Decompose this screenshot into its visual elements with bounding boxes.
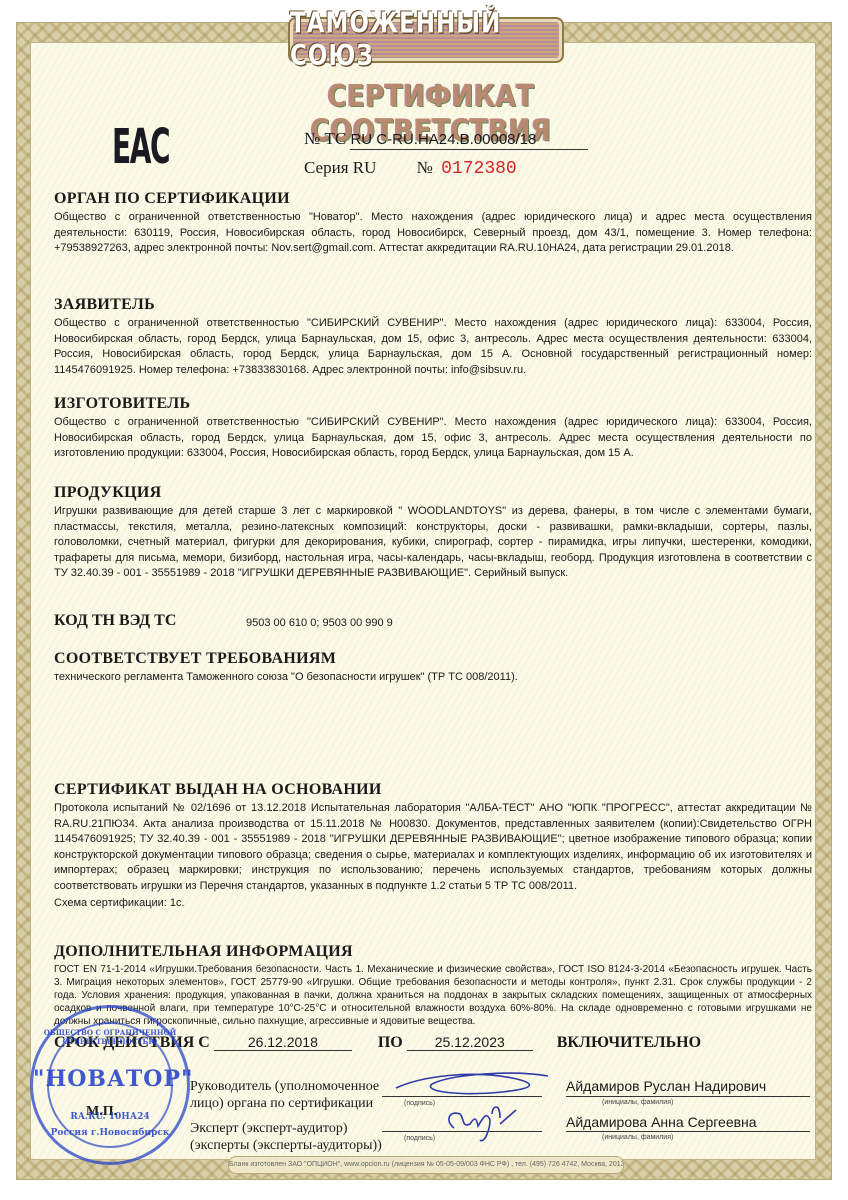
hs-code-values: 9503 00 610 0; 9503 00 990 9 xyxy=(246,617,393,629)
stamp-name: "НОВАТОР" xyxy=(33,1066,187,1092)
section-heading: ИЗГОТОВИТЕЛЬ xyxy=(54,395,812,413)
expert-name-caption: (инициалы, фамилия) xyxy=(602,1134,673,1141)
certification-scheme: Схема сертификации: 1с. xyxy=(54,896,812,912)
validity-to-date: 25.12.2023 xyxy=(407,1034,533,1051)
section-products: ПРОДУКЦИЯ Игрушки развивающие для детей … xyxy=(54,484,812,582)
section-text: ГОСТ EN 71-1-2014 «Игрушки.Требования бе… xyxy=(54,963,812,1028)
section-text: технического регламента Таможенного союз… xyxy=(54,670,812,686)
blank-number-label: № xyxy=(417,158,433,177)
expert-signature-caption: (подпись) xyxy=(404,1135,435,1142)
stamp-org-text: ОБЩЕСТВО С ОГРАНИЧЕННОЙ ОТВЕТСТВЕННОСТЬЮ xyxy=(33,1028,187,1046)
section-heading: КОД ТН ВЭД ТС xyxy=(54,612,176,630)
head-name: Айдамиров Руслан Надирович xyxy=(566,1078,766,1094)
eac-logo-icon: EAC xyxy=(112,120,169,175)
cert-number-value: RU C-RU.НА24.В.00008/18 xyxy=(350,131,588,150)
section-hs-code: КОД ТН ВЭД ТС 9503 00 610 0; 9503 00 990… xyxy=(54,612,176,630)
section-certification-body: ОРГАН ПО СЕРТИФИКАЦИИ Общество с огранич… xyxy=(54,190,812,257)
novator-stamp-icon: ОБЩЕСТВО С ОГРАНИЧЕННОЙ ОТВЕТСТВЕННОСТЬЮ… xyxy=(30,1005,190,1165)
head-signatory-label: Руководитель (уполномоченное лицо) орган… xyxy=(190,1078,379,1112)
head-label-line-2: лицо) органа по сертификации xyxy=(190,1095,379,1112)
section-text: Протокола испытаний № 02/1696 от 13.12.2… xyxy=(54,801,812,894)
validity-from-date: 26.12.2018 xyxy=(214,1034,352,1051)
section-manufacturer: ИЗГОТОВИТЕЛЬ Общество с ограниченной отв… xyxy=(54,395,812,462)
customs-union-banner: ТАМОЖЕННЫЙ СОЮЗ xyxy=(288,17,564,63)
section-heading: ДОПОЛНИТЕЛЬНАЯ ИНФОРМАЦИЯ xyxy=(54,943,812,961)
expert-label-line-2: (эксперты (эксперты-аудиторы)) xyxy=(190,1137,382,1154)
stamp-reg: RA.RU. 10НА24 xyxy=(33,1112,187,1122)
series-value: RU xyxy=(353,158,377,177)
blank-series: Серия RU № 0172380 xyxy=(304,158,517,179)
section-text: Общество с ограниченной ответственностью… xyxy=(54,415,812,462)
section-text: Игрушки развивающие для детей старше 3 л… xyxy=(54,504,812,582)
section-heading: СЕРТИФИКАТ ВЫДАН НА ОСНОВАНИИ xyxy=(54,781,812,799)
head-signature-caption: (подпись) xyxy=(404,1100,435,1107)
series-label: Серия xyxy=(304,158,349,177)
validity-inclusive-label: ВКЛЮЧИТЕЛЬНО xyxy=(557,1034,701,1052)
section-issued-basis: СЕРТИФИКАТ ВЫДАН НА ОСНОВАНИИ Протокола … xyxy=(54,781,812,912)
customs-union-label: ТАМОЖЕННЫЙ СОЮЗ xyxy=(290,8,562,73)
expert-name: Айдамирова Анна Сергеевна xyxy=(566,1114,757,1130)
section-heading: ОРГАН ПО СЕРТИФИКАЦИИ xyxy=(54,190,812,208)
expert-label-line-1: Эксперт (эксперт-аудитор) xyxy=(190,1120,382,1137)
cert-number-label: № ТС xyxy=(304,129,346,148)
section-heading: ПРОДУКЦИЯ xyxy=(54,484,812,502)
head-signature-icon xyxy=(392,1066,552,1100)
head-label-line-1: Руководитель (уполномоченное xyxy=(190,1078,379,1095)
expert-signatory-label: Эксперт (эксперт-аудитор) (эксперты (экс… xyxy=(190,1120,382,1154)
section-applicant: ЗАЯВИТЕЛЬ Общество с ограниченной ответс… xyxy=(54,296,812,378)
section-additional-info: ДОПОЛНИТЕЛЬНАЯ ИНФОРМАЦИЯ ГОСТ EN 71-1-2… xyxy=(54,943,812,1028)
head-name-line xyxy=(566,1096,810,1097)
print-info-footer: Бланк изготовлен ЗАО "ОПЦИОН", www.opcio… xyxy=(228,1156,624,1174)
expert-name-line xyxy=(566,1131,810,1132)
blank-serial-number: 0172380 xyxy=(441,159,517,179)
section-heading: СООТВЕТСТВУЕТ ТРЕБОВАНИЯМ xyxy=(54,650,812,668)
stamp-city: Россия г.Новосибирск xyxy=(33,1128,187,1138)
section-conforms: СООТВЕТСТВУЕТ ТРЕБОВАНИЯМ технического р… xyxy=(54,650,812,686)
section-text: Общество с ограниченной ответственностью… xyxy=(54,210,812,257)
certificate-number: № ТС RU C-RU.НА24.В.00008/18 xyxy=(304,129,588,150)
head-name-caption: (инициалы, фамилия) xyxy=(602,1099,673,1106)
validity-to-label: ПО xyxy=(378,1034,403,1052)
expert-signature-icon xyxy=(440,1100,520,1148)
section-heading: ЗАЯВИТЕЛЬ xyxy=(54,296,812,314)
section-text: Общество с ограниченной ответственностью… xyxy=(54,316,812,378)
